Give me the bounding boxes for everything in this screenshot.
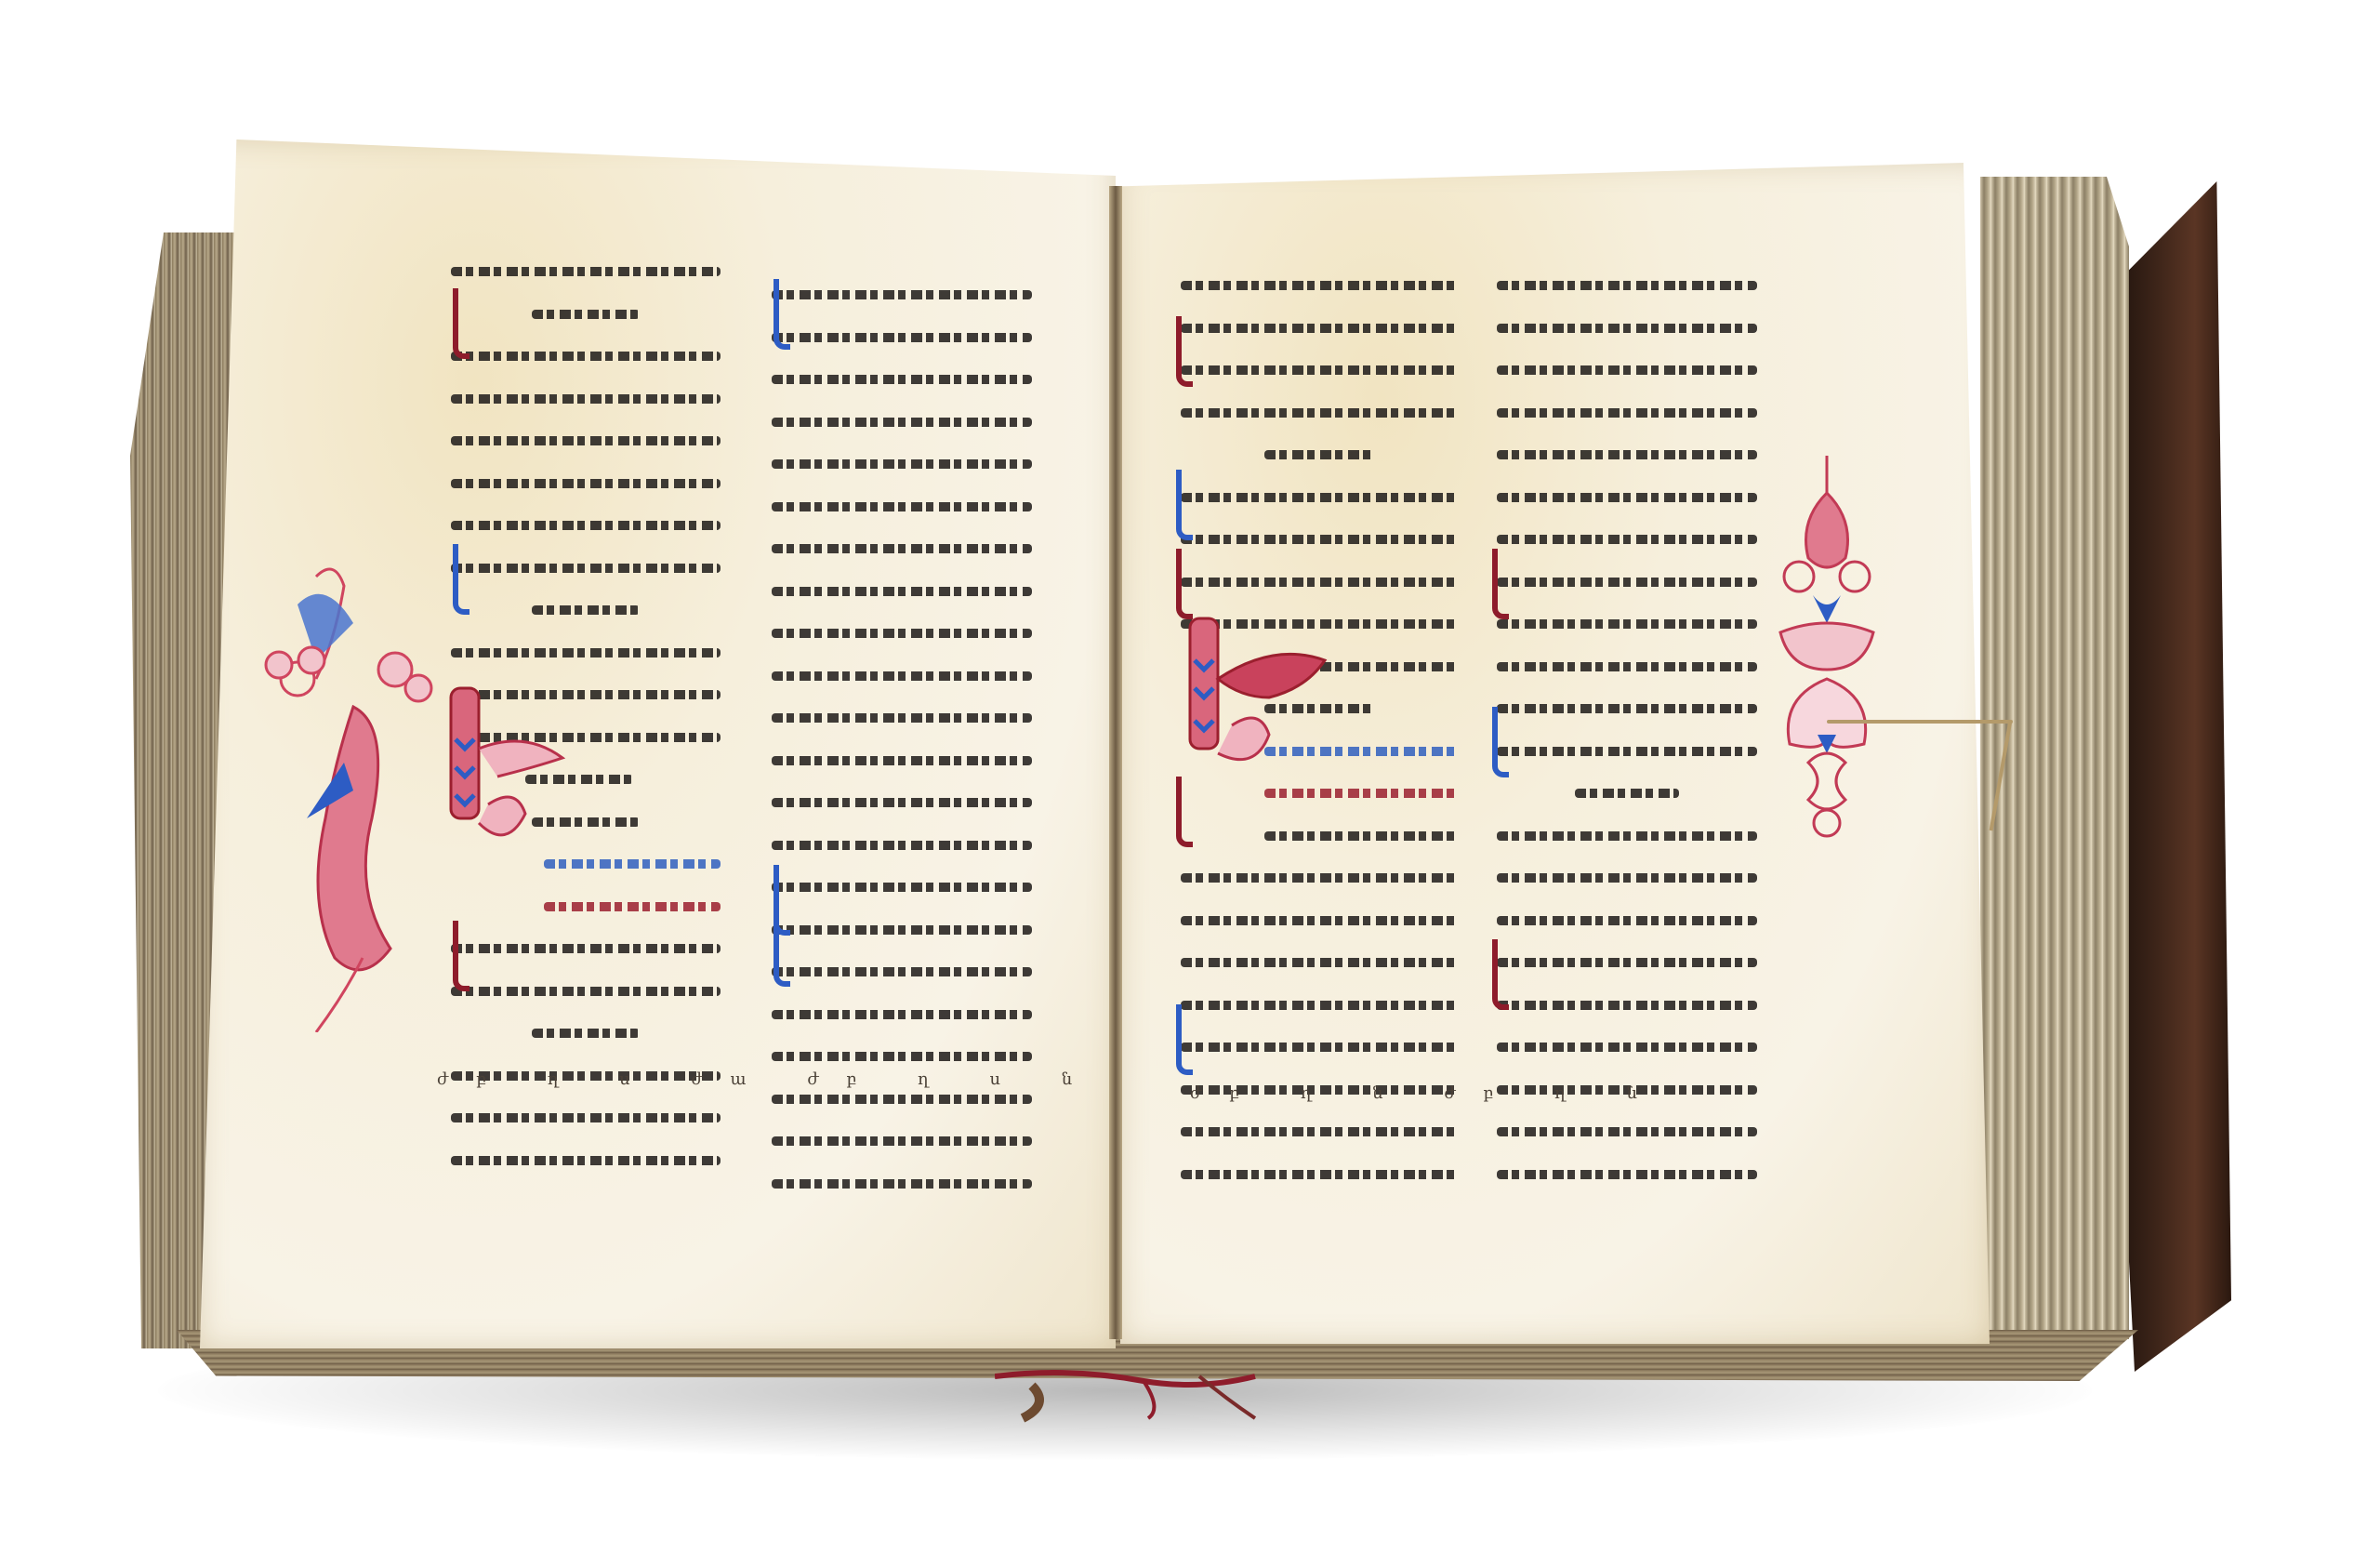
text-line [451, 510, 721, 540]
footer-mark: ղ [918, 1069, 956, 1089]
text-line [1497, 354, 1757, 385]
manuscript-photo: ժբ ղ ս ժա ժբ ղ ս ն ժբ ղ ն ժբ ղ ն Open Ar… [0, 0, 2380, 1554]
decorated-initial-left [442, 684, 572, 860]
text-line [772, 448, 1032, 479]
text-line [772, 999, 1032, 1029]
text-line [1264, 820, 1460, 851]
text-line [451, 425, 721, 456]
text-line [1497, 736, 1757, 766]
text-line [1181, 482, 1460, 512]
text-line [1181, 524, 1460, 554]
footer-mark: ղ [548, 1069, 586, 1089]
text-line [1181, 312, 1460, 343]
red-initial [1176, 777, 1193, 847]
text-line [1181, 566, 1460, 597]
text-line [772, 660, 1032, 691]
red-initial [1492, 549, 1509, 619]
text-line [1181, 1159, 1460, 1189]
foliate-bird-ornament [260, 549, 446, 1032]
blue-initial [453, 544, 469, 615]
text-line [1497, 1159, 1757, 1189]
text-line [451, 594, 721, 625]
text-line [1181, 439, 1460, 470]
tie-string [1827, 720, 2013, 724]
text-line [1181, 354, 1460, 385]
text-line [772, 745, 1032, 776]
text-line [1497, 947, 1757, 977]
text-line [1497, 439, 1757, 470]
text-line [1497, 777, 1757, 808]
text-line [1497, 651, 1757, 682]
text-line [772, 1041, 1032, 1071]
footer-mark: ժա [691, 1069, 773, 1089]
text-line [772, 533, 1032, 564]
text-line [772, 406, 1032, 437]
text-line [772, 1168, 1032, 1199]
text-line [1497, 397, 1757, 428]
text-line [772, 491, 1032, 522]
footer-mark: ն [1062, 1069, 1100, 1089]
text-line [772, 830, 1032, 860]
text-line [1497, 1031, 1757, 1062]
footer-mark: ս [619, 1069, 658, 1089]
footer-mark: ժբ [437, 1069, 514, 1089]
text-line [772, 871, 1032, 902]
text-line [1497, 524, 1757, 554]
text-line [772, 956, 1032, 987]
text-line [1497, 905, 1757, 936]
text-line [1181, 397, 1460, 428]
red-initial [1176, 316, 1193, 387]
text-line [1497, 608, 1757, 639]
left-page-footer-marks: ժբ ղ ս ժա ժբ ղ ս ն [437, 1069, 1100, 1089]
text-line [451, 976, 721, 1006]
text-line [1181, 905, 1460, 936]
text-line [1181, 990, 1460, 1020]
footer-mark: ղ [1554, 1083, 1593, 1103]
text-line [1497, 566, 1757, 597]
palmette-ornament [1762, 456, 1892, 846]
right-page-footer-marks: ժբ ղ ն ժբ ղ ն [1190, 1083, 1665, 1103]
text-line [772, 576, 1032, 606]
text-line [451, 637, 721, 668]
blue-initial [773, 916, 790, 987]
text-line [451, 552, 721, 583]
text-line [1181, 1031, 1460, 1062]
rubric-line-red [1264, 777, 1460, 808]
text-line [1497, 862, 1757, 893]
red-initial [1176, 549, 1193, 619]
red-initial [453, 288, 469, 359]
text-line [451, 933, 721, 963]
text-line [451, 1102, 721, 1133]
blue-initial [1492, 707, 1509, 777]
text-line [1497, 1116, 1757, 1147]
text-line [1497, 482, 1757, 512]
book-gutter [1109, 186, 1122, 1339]
text-line [1181, 270, 1460, 300]
footer-mark: ս [989, 1069, 1028, 1089]
footer-mark: ն [1372, 1083, 1410, 1103]
text-line [1497, 820, 1757, 851]
rubric-line-red [544, 891, 721, 922]
text-line [1181, 1116, 1460, 1147]
text-line [1497, 270, 1757, 300]
text-line [772, 787, 1032, 817]
text-line [451, 1145, 721, 1175]
text-line [772, 322, 1032, 352]
decorated-initial-right [1176, 614, 1334, 772]
text-line [772, 279, 1032, 310]
footer-mark: ժբ [807, 1069, 884, 1089]
text-line [772, 618, 1032, 648]
blue-initial [1176, 470, 1193, 540]
text-line [772, 702, 1032, 733]
text-line [451, 299, 721, 329]
footer-mark: ժբ [1444, 1083, 1521, 1103]
blue-initial [773, 279, 790, 350]
blue-initial [1176, 1004, 1193, 1075]
footer-mark: ն [1626, 1083, 1664, 1103]
text-line [451, 1017, 721, 1048]
red-initial [1492, 939, 1509, 1010]
text-line [451, 383, 721, 414]
text-line [772, 364, 1032, 394]
text-line [1497, 312, 1757, 343]
text-line [1181, 862, 1460, 893]
text-line [1497, 693, 1757, 724]
text-line [451, 340, 721, 371]
red-initial [453, 921, 469, 991]
text-line [772, 914, 1032, 945]
text-line [451, 468, 721, 498]
footer-mark: ժբ [1190, 1083, 1267, 1103]
right-page-column-2 [1497, 270, 1757, 1201]
text-line [1181, 947, 1460, 977]
text-line [772, 1125, 1032, 1156]
text-line [1497, 990, 1757, 1020]
footer-mark: ղ [1301, 1083, 1339, 1103]
headband-threads [995, 1367, 1302, 1423]
text-line [451, 256, 721, 286]
